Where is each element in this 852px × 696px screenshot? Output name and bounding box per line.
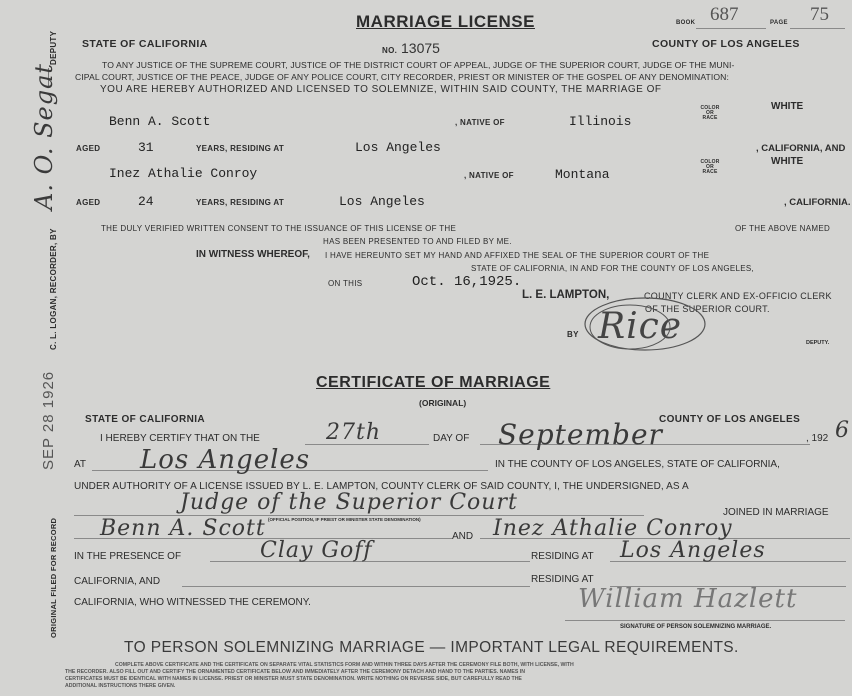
certificate-day: 27th — [326, 420, 381, 445]
official-position: Judge of the Superior Court — [180, 490, 518, 515]
margin-recorder-label: C. L. LOGAN, RECORDER, BY — [49, 228, 58, 350]
groom-suffix: , CALIFORNIA, AND — [756, 143, 845, 154]
witness-1-residence: Los Angeles — [620, 538, 766, 563]
certificate-title: CERTIFICATE OF MARRIAGE — [316, 374, 550, 392]
license-state: STATE OF CALIFORNIA — [82, 38, 208, 50]
margin-filed-label: ORIGINAL FILED FOR RECORD — [49, 518, 58, 638]
joined-label: JOINED IN MARRIAGE — [723, 507, 829, 518]
bride-residence: Los Angeles — [339, 194, 425, 209]
at-label: AT — [74, 459, 86, 470]
bride-name: Inez Athalie Conroy — [109, 166, 257, 181]
bride-aged-label: AGED — [76, 198, 100, 207]
certificate-month: September — [498, 418, 663, 451]
deputy-label: DEPUTY. — [806, 340, 829, 346]
witness-1-name: Clay Goff — [260, 538, 373, 563]
groom-residence: Los Angeles — [355, 140, 441, 155]
presence-label: IN THE PRESENCE OF — [74, 551, 181, 562]
margin-filed-date: SEP 28 1926 — [40, 371, 57, 470]
preamble-line-3: YOU ARE HEREBY AUTHORIZED AND LICENSED T… — [100, 84, 662, 95]
bride-race: WHITE — [771, 156, 803, 167]
groom-name: Benn A. Scott — [109, 114, 210, 129]
footer-line-2: THE RECORDER. ALSO FILL OUT AND CERTIFY … — [65, 669, 525, 675]
bride-residing-label: YEARS, RESIDING AT — [196, 198, 284, 207]
bride-suffix: , CALIFORNIA. — [784, 197, 851, 208]
groom-native-label: , NATIVE OF — [455, 118, 505, 127]
and-label: AND — [452, 531, 473, 542]
book-number: 687 — [710, 4, 739, 26]
page-label: PAGE — [770, 20, 788, 26]
margin-deputy-label: DEPUTY — [49, 31, 58, 65]
consent-line-1b: OF THE ABOVE NAMED — [735, 224, 830, 233]
preamble-line-1: TO ANY JUSTICE OF THE SUPREME COURT, JUS… — [102, 60, 734, 70]
certify-label: I HEREBY CERTIFY THAT ON THE — [100, 433, 260, 444]
footer-heading: TO PERSON SOLEMNIZING MARRIAGE — IMPORTA… — [124, 639, 739, 657]
california-and-label: CALIFORNIA, AND — [74, 576, 160, 587]
officiant-signature: William Hazlett — [578, 584, 797, 614]
license-number: 13075 — [401, 40, 440, 56]
license-county: COUNTY OF LOS ANGELES — [652, 38, 800, 50]
witness-line-2: STATE OF CALIFORNIA, IN AND FOR THE COUN… — [471, 264, 754, 273]
who-witnessed-label: CALIFORNIA, WHO WITNESSED THE CEREMONY. — [74, 597, 311, 608]
signature-flourish-icon — [575, 292, 735, 354]
in-county-text: IN THE COUNTY OF LOS ANGELES, STATE OF C… — [495, 459, 780, 470]
bride-native-label: , NATIVE OF — [464, 171, 514, 180]
preamble-line-2: CIPAL COURT, JUSTICE OF THE PEACE, JUDGE… — [75, 72, 729, 82]
license-no-label: NO. — [382, 46, 397, 55]
groom-native-of: Illinois — [569, 114, 631, 129]
consent-line-2: HAS BEEN PRESENTED TO AND FILED BY ME. — [323, 237, 512, 246]
residing-label-1: RESIDING AT — [531, 551, 594, 562]
position-caption: (OFFICIAL POSITION, IF PRIEST OR MINISTE… — [268, 517, 421, 522]
groom-aged-label: AGED — [76, 144, 100, 153]
witness-line-1: I HAVE HEREUNTO SET MY HAND AND AFFIXED … — [325, 251, 709, 260]
license-title: MARRIAGE LICENSE — [356, 12, 535, 32]
bride-color-race-label: COLOR OR RACE — [698, 160, 722, 175]
groom-color-race-label: COLOR OR RACE — [698, 106, 722, 121]
certificate-subtitle: (ORIGINAL) — [419, 398, 466, 408]
year-prefix: , 192 — [806, 433, 828, 444]
on-this-label: ON THIS — [328, 279, 362, 288]
certificate-place: Los Angeles — [140, 445, 310, 475]
signature-caption: SIGNATURE OF PERSON SOLEMNIZING MARRIAGE… — [620, 624, 771, 630]
groom-age: 31 — [138, 140, 154, 155]
footer-line-4: ADDITIONAL INSTRUCTIONS THERE GIVEN. — [65, 683, 175, 689]
page-number: 75 — [810, 4, 829, 26]
footer-line-1: COMPLETE ABOVE CERTIFICATE AND THE CERTI… — [115, 662, 574, 668]
witness-bold: IN WITNESS WHEREOF, — [196, 249, 310, 260]
issue-date: Oct. 16,1925. — [412, 274, 521, 290]
bride-age: 24 — [138, 194, 154, 209]
certificate-state: STATE OF CALIFORNIA — [85, 414, 205, 425]
margin-recorder-signature: A. O. Segat — [30, 63, 58, 210]
day-of-label: DAY OF — [433, 433, 469, 444]
certificate-groom-name: Benn A. Scott — [100, 516, 266, 541]
consent-line-1: THE DULY VERIFIED WRITTEN CONSENT TO THE… — [101, 224, 456, 233]
groom-race: WHITE — [771, 101, 803, 112]
groom-residing-label: YEARS, RESIDING AT — [196, 144, 284, 153]
year-digit: 6 — [835, 418, 850, 443]
certificate-county: COUNTY OF LOS ANGELES — [659, 414, 800, 425]
bride-native-of: Montana — [555, 167, 610, 182]
book-label: BOOK — [676, 20, 695, 26]
footer-line-3: CERTIFICATES MUST BE IDENTICAL WITH NAME… — [65, 676, 522, 682]
